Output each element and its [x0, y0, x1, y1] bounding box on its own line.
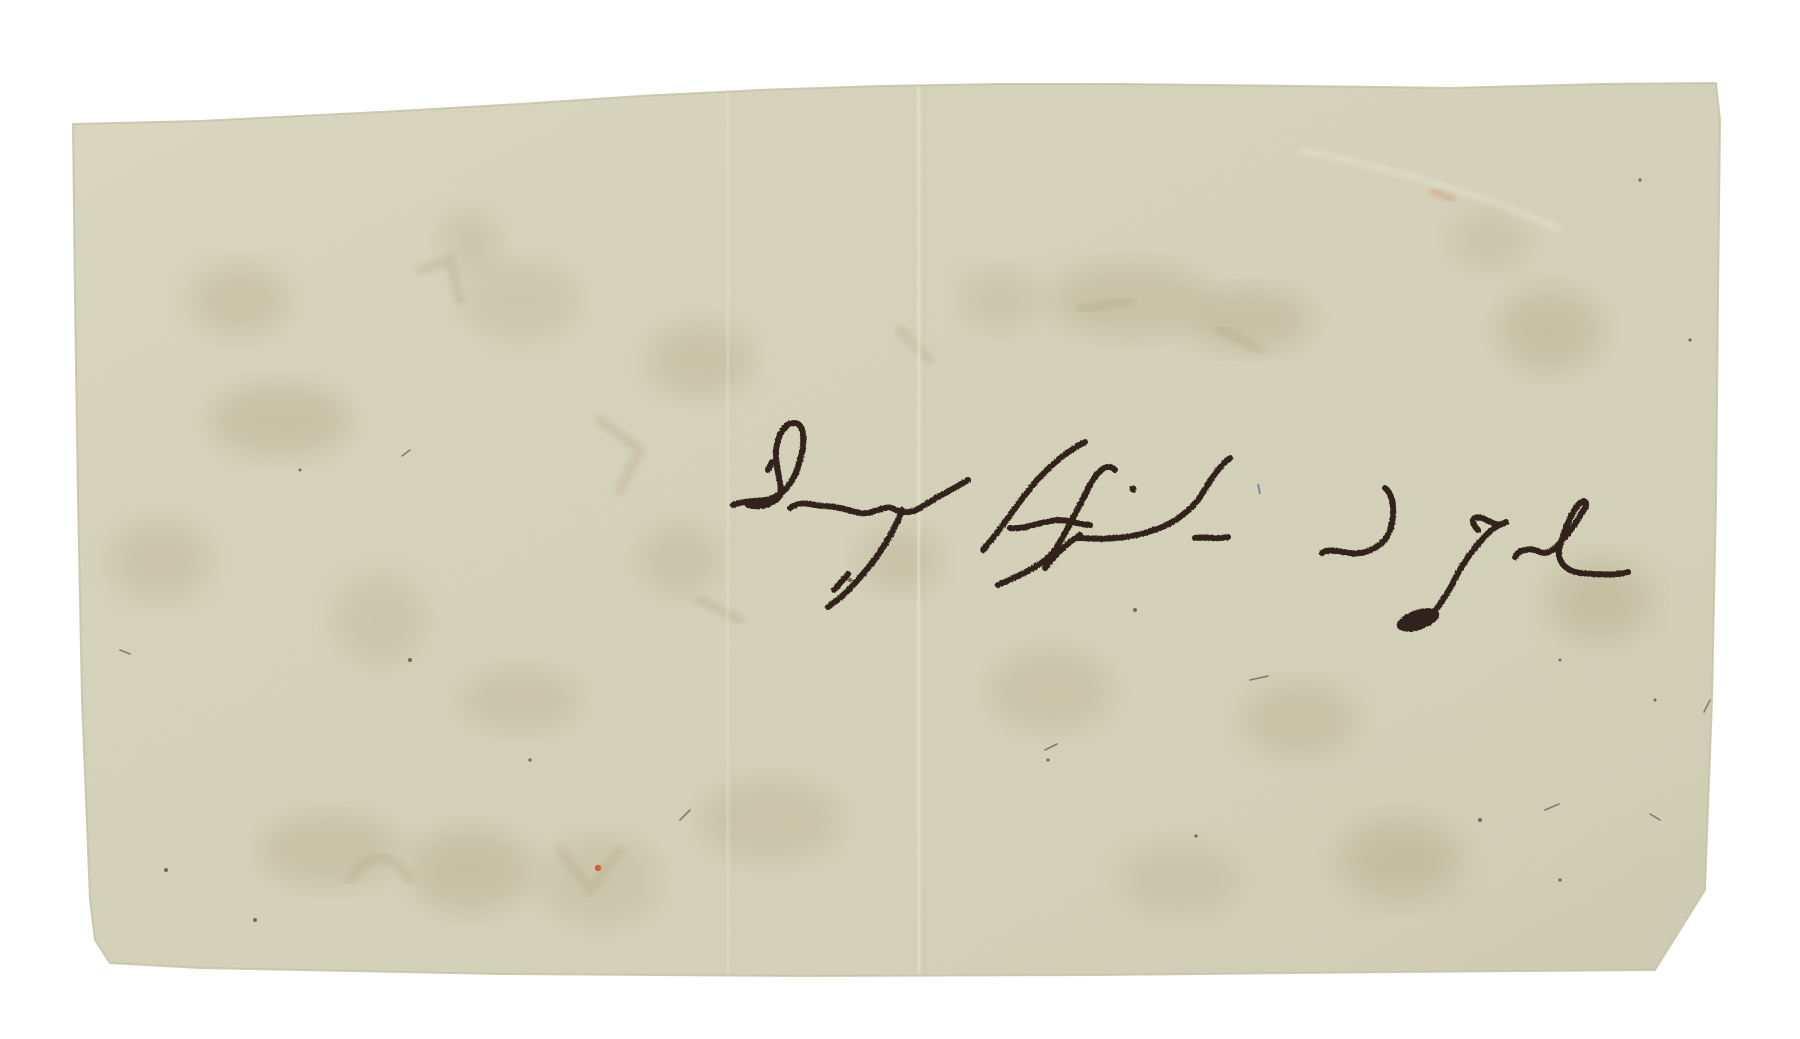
- manuscript-scan: Durch Schindler an Karl: [0, 0, 1800, 1039]
- inscription-transcription: Durch Schindler an Karl: [0, 0, 198, 4]
